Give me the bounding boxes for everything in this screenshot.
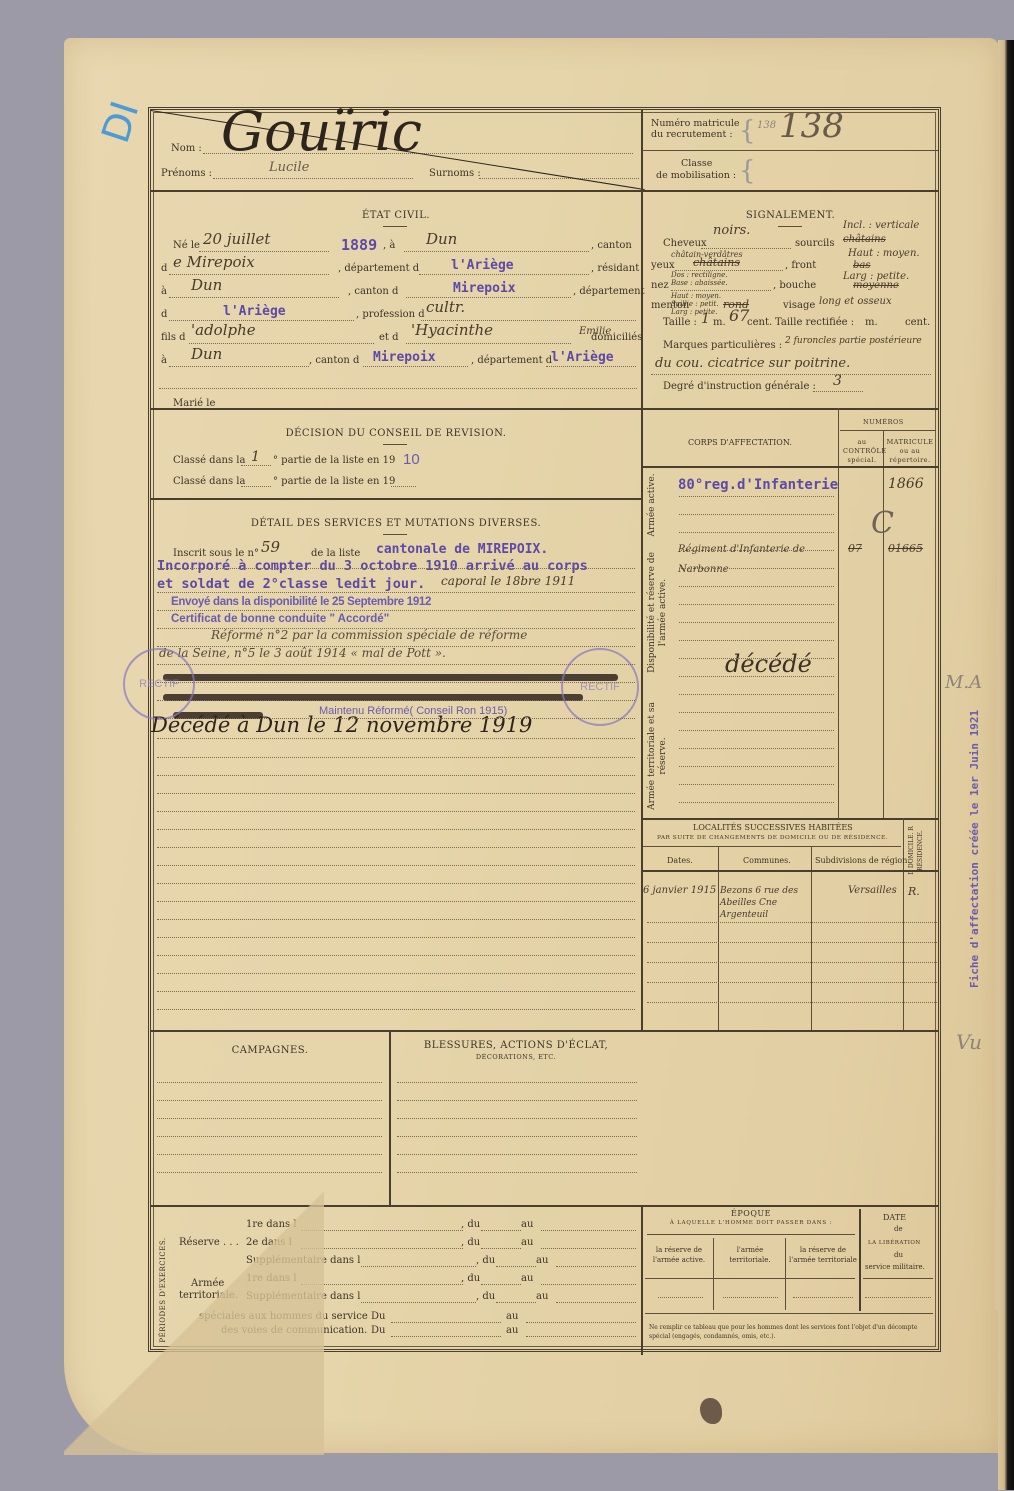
reforme-line-2: de la Seine, n°5 le 3 août 1914 « mal de… [159,646,446,660]
classe-label: Classe [681,158,712,169]
conseil-title: DÉCISION DU CONSEIL DE REVISION. [151,428,641,439]
margin-pencil-bottom: Vu [956,1030,982,1054]
periode-row-5: Supplémentaire dans l [246,1291,360,1302]
registry-form: Gouïric Nom : Prénoms : Lucile Surnoms :… [148,107,941,1352]
menton-haut: Haut : moyen. [671,292,721,300]
services-title: DÉTAIL DES SERVICES ET MUTATIONS DIVERSE… [151,518,641,529]
residence-canton: Mirepoix [453,281,516,296]
parents-residence: Dun [191,345,222,363]
date-liberation-title: DATE [883,1213,906,1222]
services-section: DÉTAIL DES SERVICES ET MUTATIONS DIVERSE… [151,498,641,1030]
periode-row-3: Supplémentaire dans l [246,1255,360,1266]
corps-affectation-section: CORPS D'AFFECTATION. NUMÉROS au CONTRÔLE… [643,408,938,818]
col-subdivisions: Subdivisions de région. [815,856,910,865]
blessures-title: BLESSURES, ACTIONS D'ÉCLAT, [391,1040,641,1051]
birth-year: 1889 [341,236,377,254]
numeros-title: NUMÉROS [863,418,904,426]
prenoms-value: Lucile [269,160,309,175]
service-line-2: et soldat de 2°classe ledit jour. [157,576,425,592]
periodes-section: PÉRIODES D'EXERCICES. Réserve . . . Armé… [151,1205,641,1355]
parents-departement: l'Ariège [551,350,614,365]
prenoms-label: Prénoms : [161,168,212,179]
deces-corps-note: décédé [725,650,812,678]
liste-cantonale: cantonale de MIREPOIX. [376,542,548,557]
localite-dr: R. [908,885,920,898]
reforme-line-1: Réformé n°2 par la commission spéciale d… [211,628,527,642]
matricule-entry-3: 01665 [888,542,923,555]
marques-value-2: du cou. cicatrice sur poitrine. [655,356,850,371]
caporal-note: caporal le 18bre 1911 [441,574,575,588]
degre-value: 3 [833,373,842,389]
birth-departement: l'Ariège [451,258,514,273]
epoque-col-2: l'armée territoriale. [719,1245,781,1265]
periodes-side-label: PÉRIODES D'EXERCICES. [159,1230,167,1350]
redacted-line-1 [163,674,618,681]
blessures-section: BLESSURES, ACTIONS D'ÉCLAT, DÉCORATIONS,… [391,1030,641,1205]
epoque-note: Ne remplir ce tableau que pour les homme… [649,1323,933,1341]
profession: cultr. [426,298,465,316]
speciales-label-1: spéciales aux hommes du service [199,1311,368,1322]
periode-row-4: 1re dans l [246,1273,297,1284]
matricule-entry-1: 1866 [888,476,924,492]
campagnes-section: CAMPAGNES. [151,1030,389,1205]
periode-row-1: 1re dans l [246,1219,297,1230]
service-line-4: Certificat de bonne conduite " Accordé" [171,613,389,625]
visage-value: long et osseux [819,296,892,307]
epoque-col-3: la réserve de l'armée territoriale [789,1245,857,1265]
col-matricule: MATRICULE ou au répertoire. [885,438,935,465]
bouche-value: moyenne [853,280,899,291]
section-disponibilite: Disponibilité et réserve de l'armée acti… [647,545,669,680]
birth-canton: e Mirepoix [173,253,255,271]
stamp-right: RECTIF [561,648,639,726]
residence-departement: l'Ariège [223,304,286,319]
blessures-right-continuation [643,1030,938,1205]
localites-title: LOCALITÉS SUCCESSIVES HABITÉES [693,823,853,832]
birth-date: 20 juillet [203,230,270,248]
margin-pencil-top: M.A [945,672,982,693]
inscrit-number: 59 [261,538,280,556]
epoque-subtitle: À LAQUELLE L'HOMME DOIT PASSER DANS : [643,1220,859,1226]
corps-title: CORPS D'AFFECTATION. [688,438,792,447]
birth-place: Dun [426,230,457,248]
mother-name: 'Hyacinthe [411,321,493,339]
epoque-col-1: la réserve de l'armée active. [649,1245,709,1265]
corps-entry-3: Régiment d'Infanterie de Narbonne [678,540,818,580]
deces-note: Décédé à Dun le 12 novembre 1919 [151,713,532,737]
cheveux-value: noirs. [713,223,750,238]
service-line-1: Incorporé à compter du 3 octobre 1910 ar… [157,558,588,574]
book-binding [998,40,1014,1490]
etat-civil-section: ÉTAT CIVIL. Né le 20 juillet 1889 , à Du… [151,190,641,408]
periode-row-2: 2e dans l [246,1237,292,1248]
fiche-affectation-stamp: Fiche d'affectation créée le 1er Juin 19… [968,710,981,988]
epoque-title: ÉPOQUE [643,1209,859,1218]
nom-label: Nom : [171,143,202,154]
controle-entry-3: 07 [848,542,862,555]
campagnes-title: CAMPAGNES. [151,1045,389,1056]
epoque-section: ÉPOQUE À LAQUELLE L'HOMME DOIT PASSER DA… [643,1205,938,1355]
etat-civil-title: ÉTAT CIVIL. [151,210,641,221]
stamp-left: RECTIF [123,648,195,720]
col-controle: au CONTRÔLE spécial. [843,438,881,465]
paper-stain [700,1398,722,1424]
matricule-pencil: 138 [757,120,776,131]
localite-date: 6 janvier 1915 [643,885,716,896]
parents-canton: Mirepoix [373,350,436,365]
taille-m: 1 [701,311,710,327]
service-line-3: Envoyé dans la disponibilité le 25 Septe… [171,596,431,608]
localites-section: LOCALITÉS SUCCESSIVES HABITÉES PAR SUITE… [643,818,938,1030]
residence: Dun [191,276,222,294]
matricule-value: 138 [779,106,844,146]
col-dates: Dates. [667,856,693,865]
col-communes: Communes. [743,856,791,865]
marques-value-1: 2 furoncles partie postérieure [785,336,922,346]
front-value: Haut : moyen. [848,248,920,259]
matricule-label: Numéro matricule [651,118,740,129]
signalement-section: SIGNALEMENT. noirs. Cheveux sourcils Inc… [643,190,938,408]
corps-entry-1: 80°reg.d'Infanterie [678,477,838,493]
conseil-revision-section: DÉCISION DU CONSEIL DE REVISION. Classé … [151,408,641,498]
classe-year: 10 [403,451,420,468]
controle-entry-2: C [871,506,894,541]
blessures-subtitle: DÉCORATIONS, ETC. [391,1053,641,1061]
localites-subtitle: PAR SUITE DE CHANGEMENTS DE DOMICILE OU … [657,835,888,841]
classe-partie: 1 [251,449,260,465]
localite-subdivision: Versailles [848,885,897,896]
sourcils-value: Incl. : verticale [843,220,919,231]
armee-label: Armée [191,1278,224,1289]
section-armee-active: Armée active. [647,470,657,540]
surnoms-label: Surnoms : [429,168,481,179]
section-territoriale: Armée territoriale et sa réserve. [647,696,669,816]
father-name: 'adolphe [191,321,256,339]
header-section: Gouïric Nom : Prénoms : Lucile Surnoms :… [151,110,938,192]
localite-commune: Bezons 6 rue des Abeilles Cne Argenteuil [720,885,810,921]
reserve-label: Réserve . . . [179,1237,239,1248]
nez-dos: Dos : rectiligne. [671,271,728,279]
